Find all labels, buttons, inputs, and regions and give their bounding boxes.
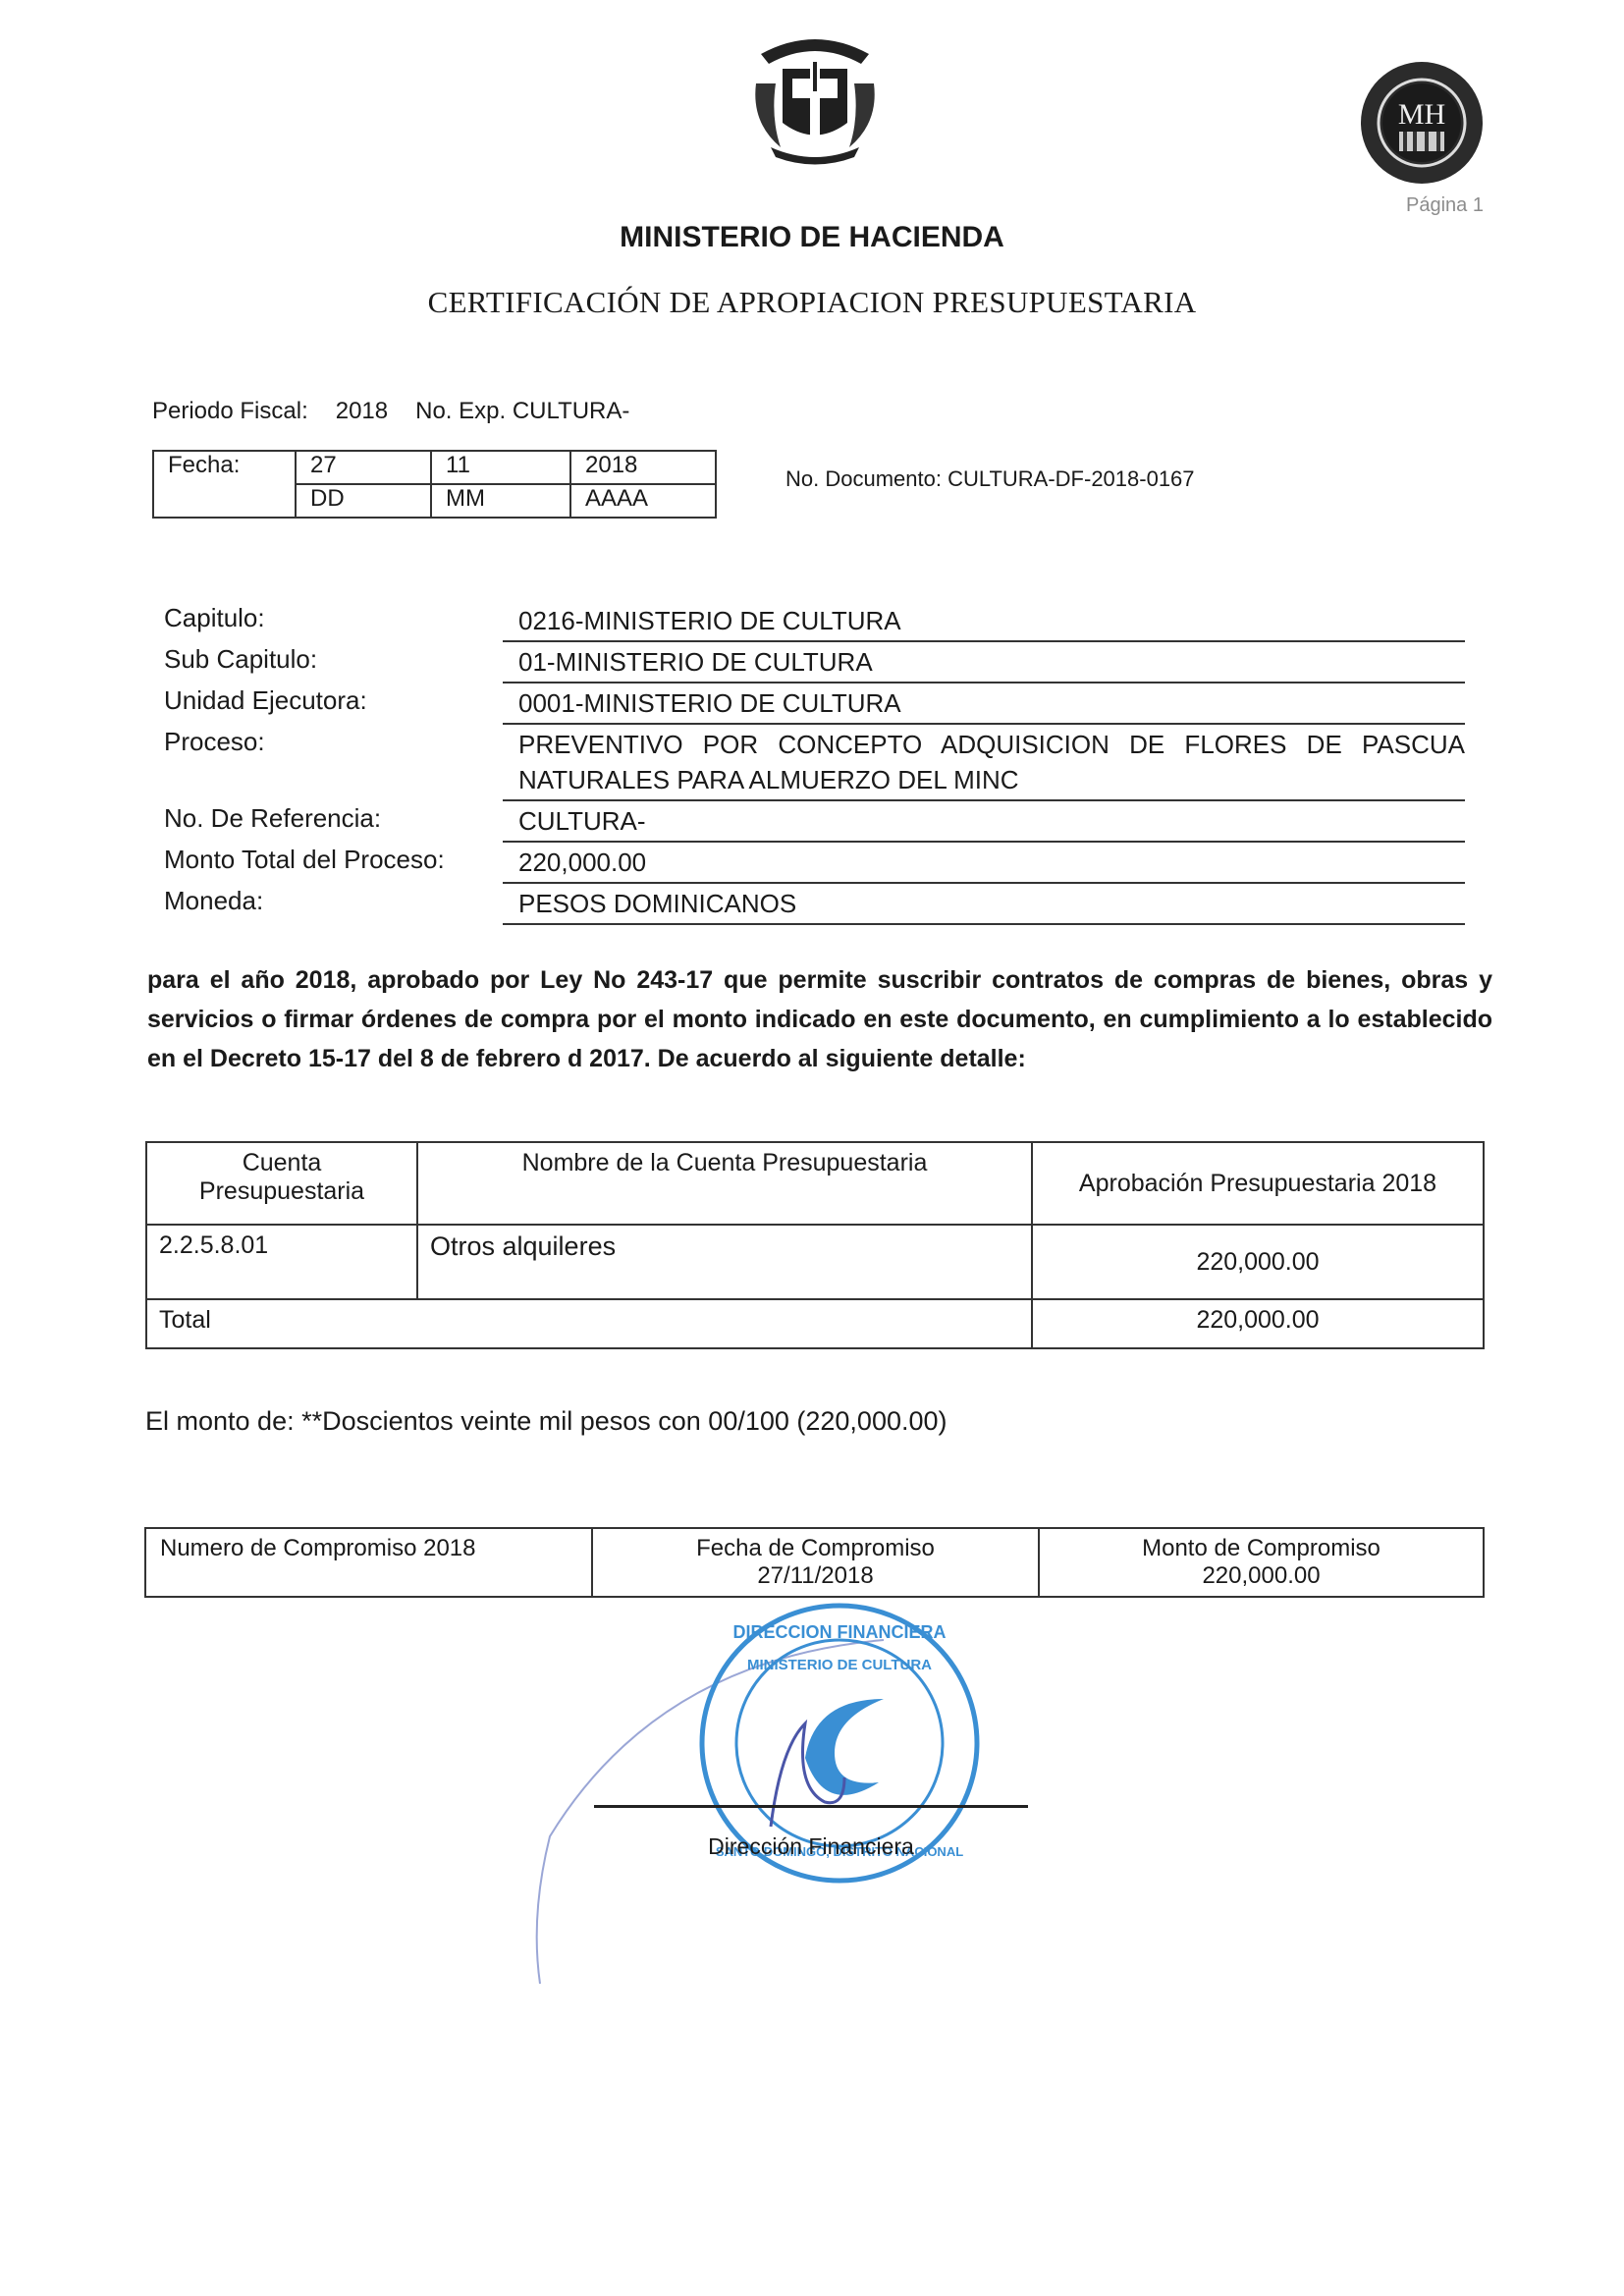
field-row-proceso: Proceso: PREVENTIVO POR CONCEPTO ADQUISI… [164, 725, 1465, 801]
header-cuenta: Cuenta Presupuestaria [146, 1142, 417, 1225]
commit-date-cell: Fecha de Compromiso 27/11/2018 [592, 1528, 1039, 1597]
table-row: 2.2.5.8.01 Otros alquileres 220,000.00 [146, 1225, 1484, 1299]
ministry-name: MINISTERIO DE HACIENDA [0, 221, 1624, 254]
cell-account: 2.2.5.8.01 [146, 1225, 417, 1299]
field-value: 01-MINISTERIO DE CULTURA [503, 642, 1465, 683]
commitment-table: Numero de Compromiso 2018 Fecha de Compr… [144, 1527, 1485, 1598]
commit-amount-cell: Monto de Compromiso 220,000.00 [1039, 1528, 1484, 1597]
field-label: Moneda: [164, 884, 503, 925]
field-row-referencia: No. De Referencia: CULTURA- [164, 801, 1465, 843]
field-row-sub-capitulo: Sub Capitulo: 01-MINISTERIO DE CULTURA [164, 642, 1465, 683]
fiscal-period-label: Periodo Fiscal: [152, 398, 308, 424]
exp-number: No. Exp. CULTURA- [415, 398, 629, 424]
field-label: No. De Referencia: [164, 801, 503, 843]
field-label: Capitulo: [164, 601, 503, 642]
table-header-row: Cuenta Presupuestaria Nombre de la Cuent… [146, 1142, 1484, 1225]
date-table: Fecha: 27 11 2018 DD MM AAAA [152, 450, 717, 519]
total-label: Total [146, 1299, 1032, 1348]
amount-value: **Doscientos veinte mil pesos con 00/100… [301, 1406, 947, 1436]
signature-line [594, 1805, 1028, 1808]
amount-label: El monto de: [145, 1406, 295, 1436]
field-value: PESOS DOMINICANOS [503, 884, 1465, 925]
document-number: No. Documento: CULTURA-DF-2018-0167 [785, 466, 1195, 492]
field-value: 0216-MINISTERIO DE CULTURA [503, 601, 1465, 642]
document-title: CERTIFICACIÓN DE APROPIACION PRESUPUESTA… [0, 285, 1624, 320]
field-row-unidad-ejecutora: Unidad Ejecutora: 0001-MINISTERIO DE CUL… [164, 683, 1465, 725]
field-row-capitulo: Capitulo: 0216-MINISTERIO DE CULTURA [164, 601, 1465, 642]
table-total-row: Total 220,000.00 [146, 1299, 1484, 1348]
coat-of-arms-icon [741, 25, 889, 172]
commit-number-header: Numero de Compromiso 2018 [160, 1535, 577, 1562]
header-nombre: Nombre de la Cuenta Presupuestaria [417, 1142, 1032, 1225]
cell-amount: 220,000.00 [1032, 1225, 1484, 1299]
date-day: 27 [296, 451, 431, 484]
table-row: Numero de Compromiso 2018 Fecha de Compr… [145, 1528, 1484, 1597]
svg-text:DIRECCION FINANCIERA: DIRECCION FINANCIERA [732, 1622, 946, 1642]
field-value: 0001-MINISTERIO DE CULTURA [503, 683, 1465, 725]
cell-name: Otros alquileres [417, 1225, 1032, 1299]
field-row-moneda: Moneda: PESOS DOMINICANOS [164, 884, 1465, 925]
legal-paragraph: para el año 2018, aprobado por Ley No 24… [147, 960, 1492, 1078]
field-value: 220,000.00 [503, 843, 1465, 884]
svg-text:MH: MH [1398, 98, 1445, 131]
budget-table: Cuenta Presupuestaria Nombre de la Cuent… [145, 1141, 1485, 1349]
fiscal-period-line: Periodo Fiscal:2018No. Exp. CULTURA- [152, 398, 657, 425]
total-amount: 220,000.00 [1032, 1299, 1484, 1348]
date-label: Fecha: [153, 451, 296, 518]
svg-text:MINISTERIO DE CULTURA: MINISTERIO DE CULTURA [747, 1657, 932, 1673]
commit-amount-header: Monto de Compromiso [1054, 1535, 1469, 1562]
date-month-caption: MM [431, 484, 570, 518]
budget-fields: Capitulo: 0216-MINISTERIO DE CULTURA Sub… [164, 601, 1465, 925]
field-value: CULTURA- [503, 801, 1465, 843]
field-value: PREVENTIVO POR CONCEPTO ADQUISICION DE F… [503, 725, 1465, 801]
date-day-caption: DD [296, 484, 431, 518]
date-year: 2018 [570, 451, 716, 484]
commit-amount-value: 220,000.00 [1054, 1562, 1469, 1590]
date-year-caption: AAAA [570, 484, 716, 518]
commit-date-header: Fecha de Compromiso [607, 1535, 1024, 1562]
date-month: 11 [431, 451, 570, 484]
field-label: Proceso: [164, 725, 503, 801]
field-row-monto-total: Monto Total del Proceso: 220,000.00 [164, 843, 1465, 884]
fiscal-period-value: 2018 [336, 398, 388, 424]
signature-label: Dirección Financiera [594, 1833, 1028, 1860]
amount-in-words: El monto de: **Doscientos veinte mil pes… [145, 1406, 947, 1437]
field-label: Unidad Ejecutora: [164, 683, 503, 725]
commit-date-value: 27/11/2018 [607, 1562, 1024, 1590]
commit-number-cell: Numero de Compromiso 2018 [145, 1528, 592, 1597]
ministerio-hacienda-seal-icon: MH [1358, 59, 1486, 187]
field-label: Monto Total del Proceso: [164, 843, 503, 884]
field-label: Sub Capitulo: [164, 642, 503, 683]
header-aprobacion: Aprobación Presupuestaria 2018 [1032, 1142, 1484, 1225]
page-number: Página 1 [1406, 194, 1484, 217]
